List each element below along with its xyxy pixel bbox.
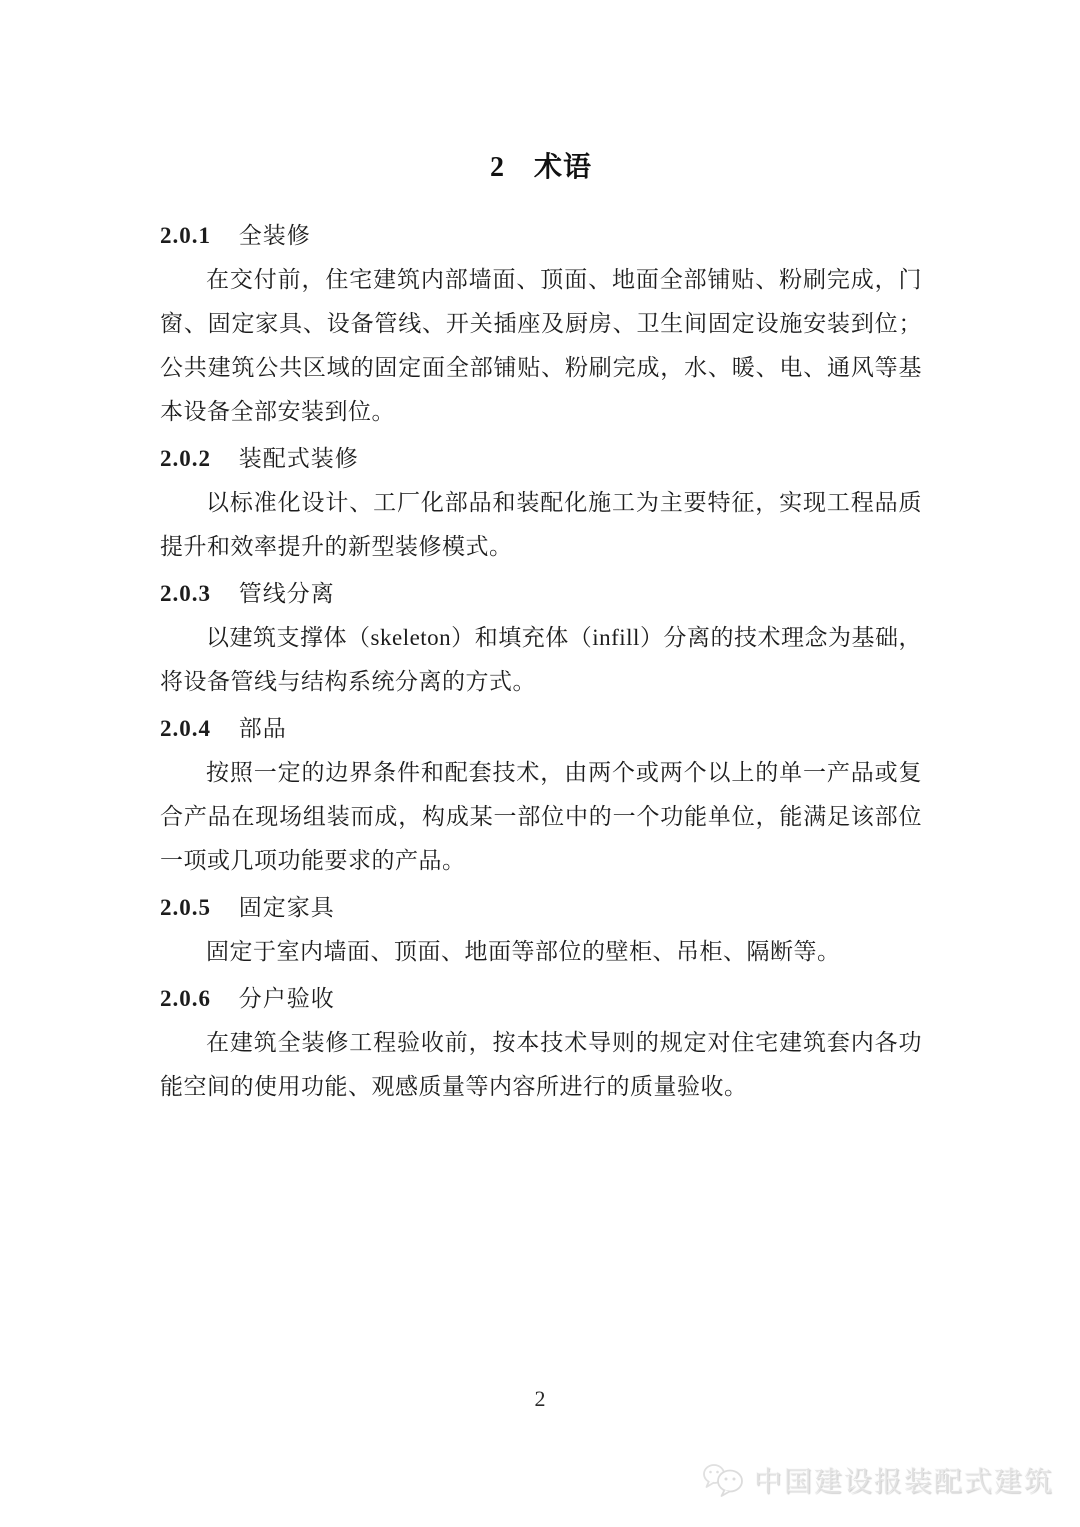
term-number: 2.0.1 [160, 223, 211, 248]
term-definition: 在建筑全装修工程验收前，按本技术导则的规定对住宅建筑套内各功能空间的使用功能、观… [160, 1021, 922, 1109]
term-section-2-0-2: 2.0.2 装配式装修 以标准化设计、工厂化部品和装配化施工为主要特征，实现工程… [160, 437, 922, 569]
term-section-2-0-6: 2.0.6 分户验收 在建筑全装修工程验收前，按本技术导则的规定对住宅建筑套内各… [160, 977, 922, 1109]
term-definition: 固定于室内墙面、顶面、地面等部位的壁柜、吊柜、隔断等。 [160, 930, 922, 974]
term-name: 部品 [239, 716, 287, 741]
term-heading: 2.0.6 分户验收 [160, 977, 922, 1021]
term-definition: 以标准化设计、工厂化部品和装配化施工为主要特征，实现工程品质提升和效率提升的新型… [160, 481, 922, 569]
page-number: 2 [0, 1386, 1080, 1412]
term-number: 2.0.2 [160, 446, 211, 471]
term-name: 装配式装修 [239, 446, 359, 471]
term-definition: 按照一定的边界条件和配套技术，由两个或两个以上的单一产品或复合产品在现场组装而成… [160, 751, 922, 883]
term-heading: 2.0.5 固定家具 [160, 886, 922, 930]
term-number: 2.0.6 [160, 986, 211, 1011]
watermark: 中国建设报装配式建筑 [702, 1460, 1054, 1500]
document-page: 2 术语 2.0.1 全装修 在交付前，住宅建筑内部墙面、顶面、地面全部铺贴、粉… [0, 0, 1080, 1527]
term-number: 2.0.3 [160, 581, 211, 606]
term-definition: 以建筑支撑体（skeleton）和填充体（infill）分离的技术理念为基础，将… [160, 616, 922, 704]
term-heading: 2.0.3 管线分离 [160, 572, 922, 616]
term-section-2-0-4: 2.0.4 部品 按照一定的边界条件和配套技术，由两个或两个以上的单一产品或复合… [160, 707, 922, 883]
term-name: 分户验收 [239, 986, 335, 1011]
wechat-icon [702, 1461, 746, 1499]
term-name: 固定家具 [239, 895, 335, 920]
chapter-title: 2 术语 [160, 150, 922, 186]
watermark-text: 中国建设报装配式建筑 [754, 1460, 1054, 1500]
term-section-2-0-5: 2.0.5 固定家具 固定于室内墙面、顶面、地面等部位的壁柜、吊柜、隔断等。 [160, 886, 922, 974]
term-name: 全装修 [239, 223, 311, 248]
term-definition: 在交付前，住宅建筑内部墙面、顶面、地面全部铺贴、粉刷完成，门窗、固定家具、设备管… [160, 258, 922, 434]
term-number: 2.0.5 [160, 895, 211, 920]
term-number: 2.0.4 [160, 716, 211, 741]
term-heading: 2.0.1 全装修 [160, 214, 922, 258]
term-name: 管线分离 [239, 581, 335, 606]
document-content: 2 术语 2.0.1 全装修 在交付前，住宅建筑内部墙面、顶面、地面全部铺贴、粉… [160, 150, 922, 1109]
term-section-2-0-1: 2.0.1 全装修 在交付前，住宅建筑内部墙面、顶面、地面全部铺贴、粉刷完成，门… [160, 214, 922, 434]
term-section-2-0-3: 2.0.3 管线分离 以建筑支撑体（skeleton）和填充体（infill）分… [160, 572, 922, 704]
term-heading: 2.0.2 装配式装修 [160, 437, 922, 481]
term-heading: 2.0.4 部品 [160, 707, 922, 751]
